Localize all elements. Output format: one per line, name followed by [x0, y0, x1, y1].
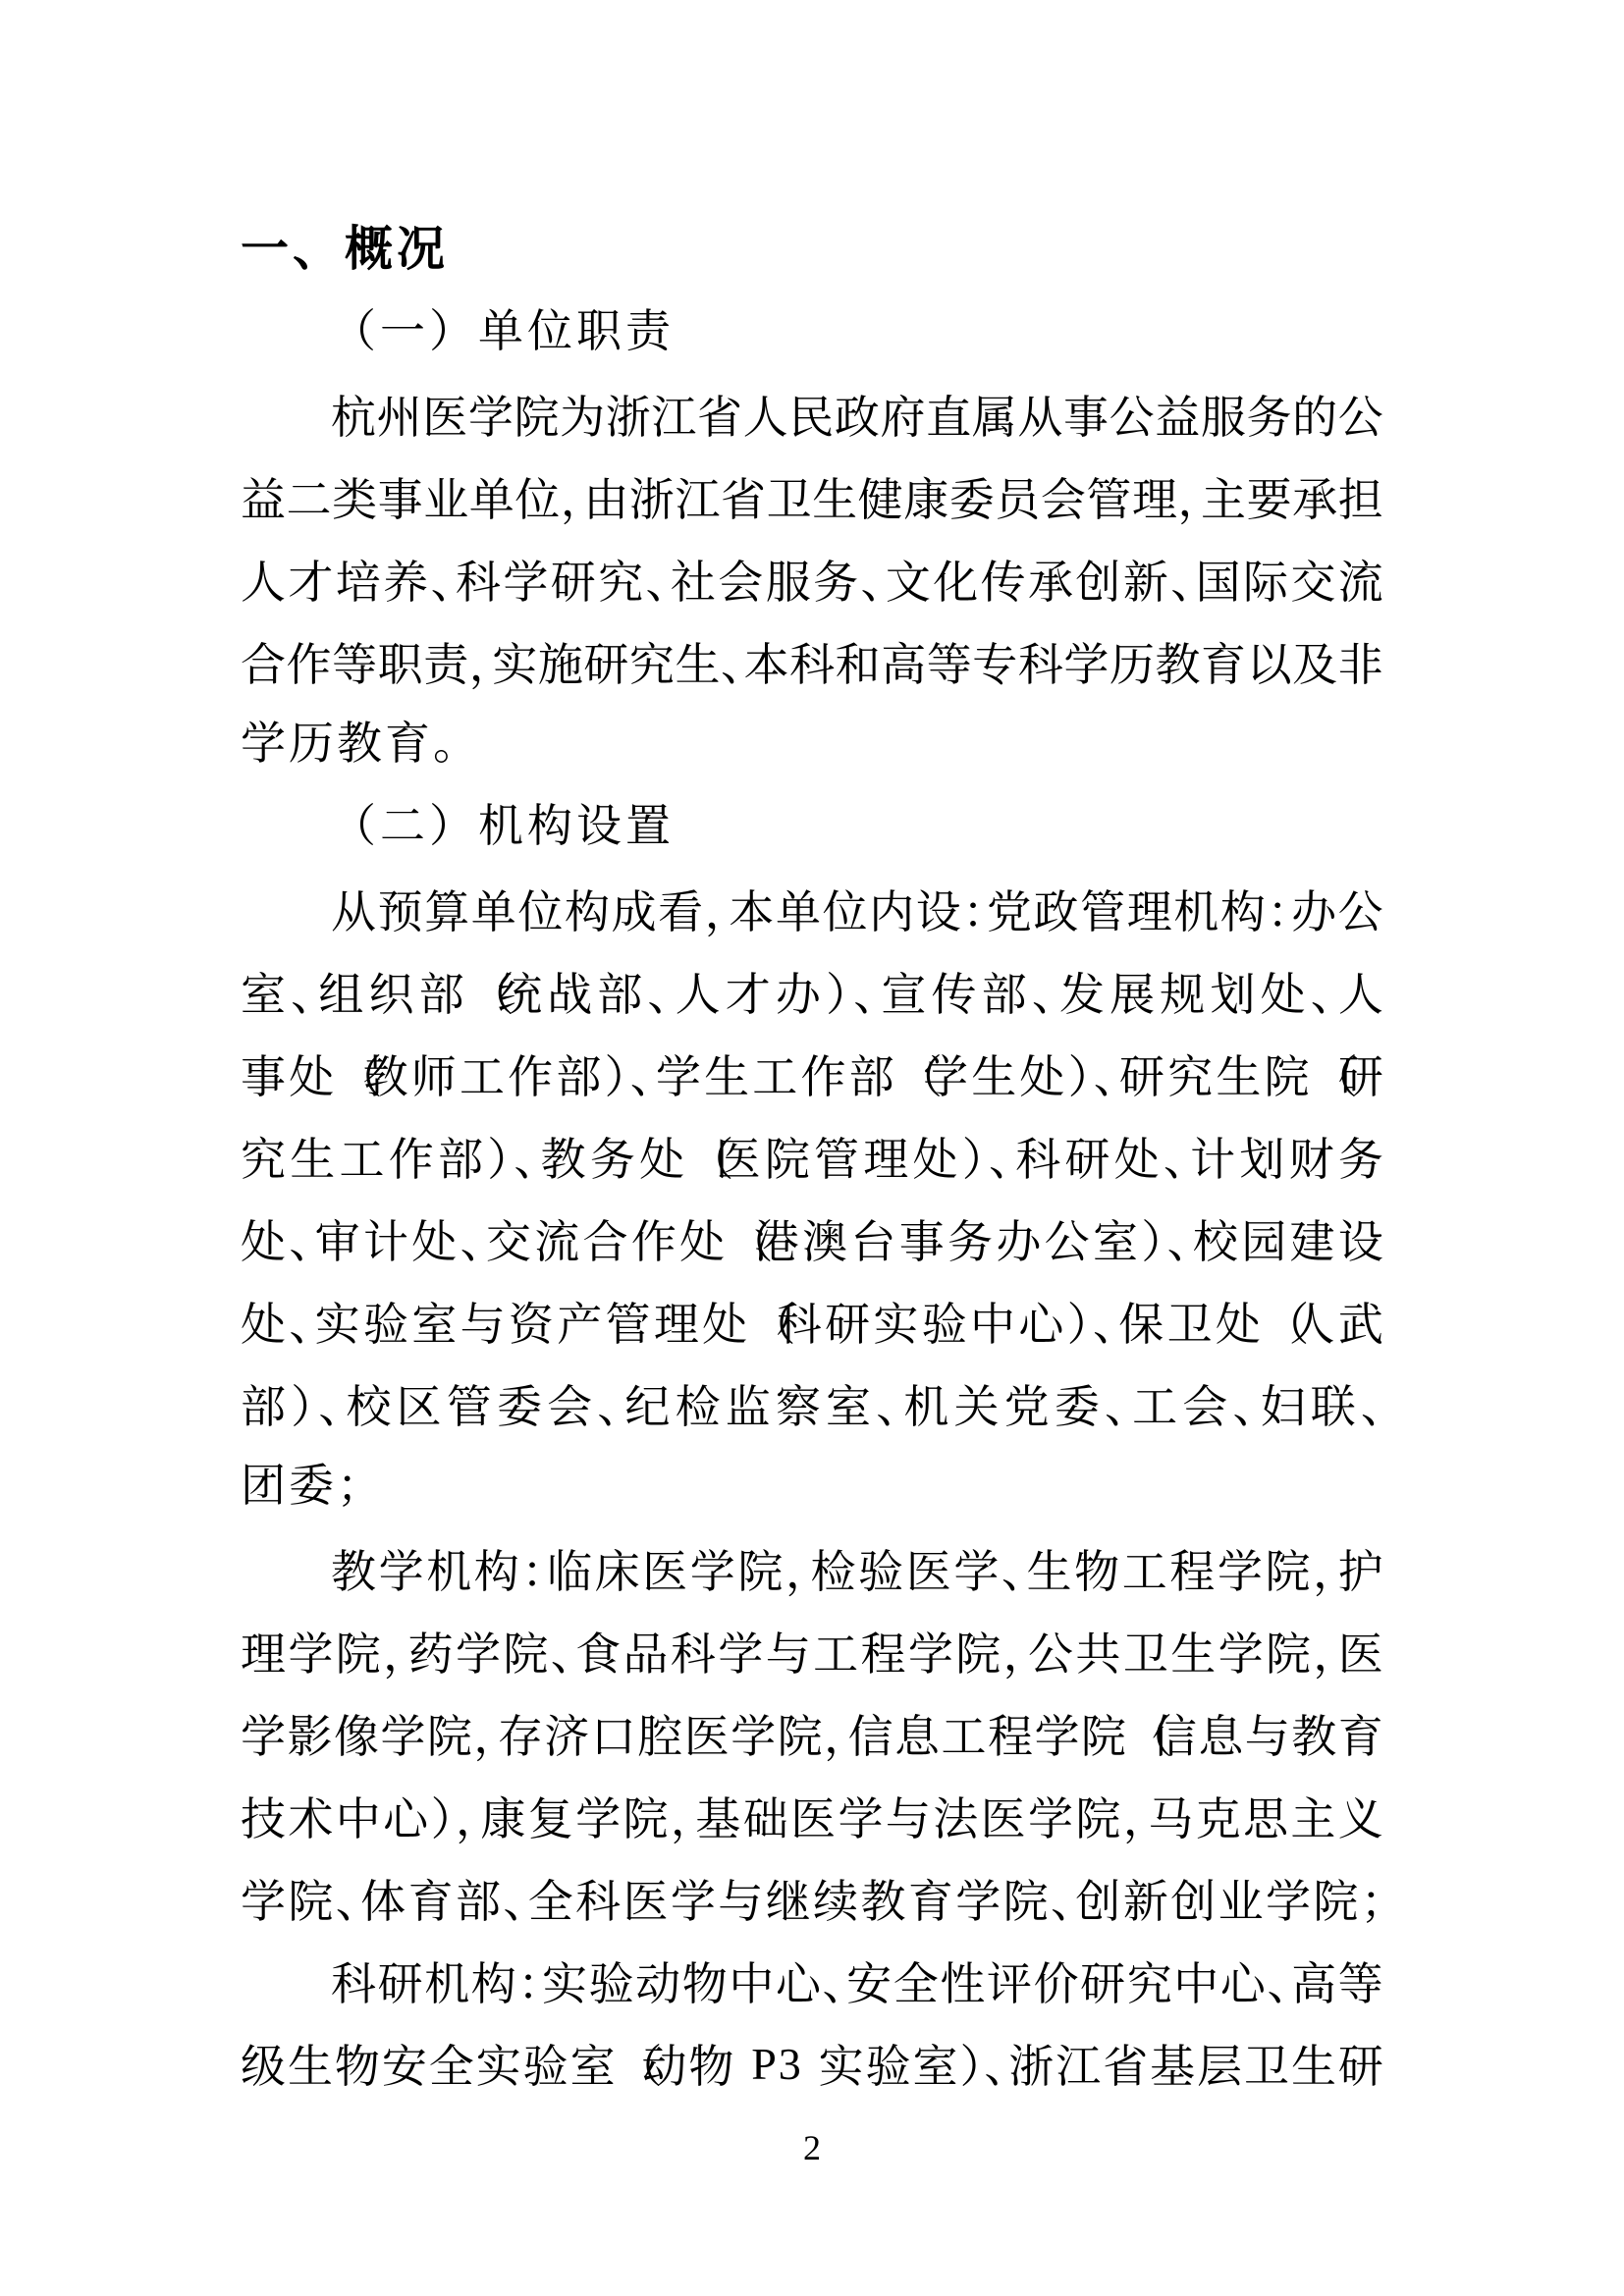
text-line: 究生工作部）、教务处（医院管理处）、科研处、计划财务: [241, 1115, 1383, 1198]
text-line: 合作等职责，实施研究生、本科和高等专科学历教育以及非: [241, 620, 1383, 703]
text-line: 部）、校区管委会、纪检监察室、机关党委、工会、妇联、: [241, 1362, 1383, 1445]
text-line: 人才培养、科学研究、社会服务、文化传承创新、国际交流: [241, 538, 1383, 620]
text-line: 处、实验室与资产管理处（科研实验中心）、保卫处（人武: [241, 1280, 1383, 1362]
text-line: 学历教育。: [241, 703, 1383, 785]
text-block: 一、概况 （一）单位职责 杭州医学院为浙江省人民政府直属从事公益服务的公 益二类…: [241, 208, 1383, 2105]
section-heading: 一、概况: [241, 208, 1383, 291]
text-line: 科研机构：实验动物中心、安全性评价研究中心、高等: [241, 1940, 1383, 2022]
sub-heading-2: （二）机构设置: [241, 785, 1383, 868]
sub-heading-1: （一）单位职责: [241, 291, 1383, 373]
text-line: 团委；: [241, 1445, 1383, 1527]
text-line: 杭州医学院为浙江省人民政府直属从事公益服务的公: [241, 373, 1383, 455]
text-line: 教学机构：临床医学院，检验医学、生物工程学院，护: [241, 1527, 1383, 1610]
text-line: 理学院，药学院、食品科学与工程学院，公共卫生学院，医: [241, 1610, 1383, 1692]
text-line: 事处（教师工作部）、学生工作部（学生处）、研究生院（研: [241, 1033, 1383, 1115]
text-line: 处、审计处、交流合作处（港澳台事务办公室）、校园建设: [241, 1198, 1383, 1280]
text-line: 技术中心），康复学院，基础医学与法医学院，马克思主义: [241, 1775, 1383, 1857]
text-line: 级生物安全实验室（动物 P3 实验室）、浙江省基层卫生研: [241, 2022, 1383, 2105]
text-line: 学影像学院，存济口腔医学院，信息工程学院（信息与教育: [241, 1692, 1383, 1775]
document-page: 一、概况 （一）单位职责 杭州医学院为浙江省人民政府直属从事公益服务的公 益二类…: [0, 0, 1624, 2296]
text-line: 益二类事业单位，由浙江省卫生健康委员会管理，主要承担: [241, 455, 1383, 538]
page-number: 2: [0, 2128, 1624, 2167]
text-line: 从预算单位构成看，本单位内设：党政管理机构：办公: [241, 868, 1383, 950]
text-line: 学院、体育部、全科医学与继续教育学院、创新创业学院；: [241, 1857, 1383, 1940]
text-line: 室、组织部（统战部、人才办）、宣传部、发展规划处、人: [241, 950, 1383, 1033]
